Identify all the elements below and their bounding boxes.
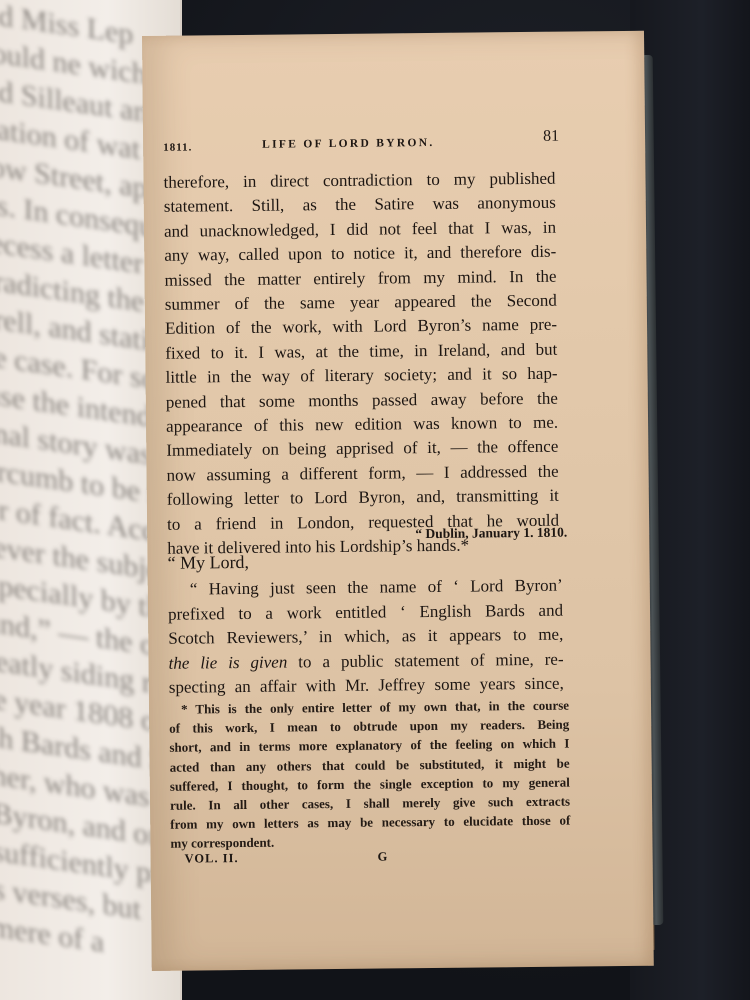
volume-label: VOL. II. <box>185 851 239 867</box>
running-head-year: 1811. <box>163 141 192 153</box>
letter-line-rest: to a public statement of mine, re- <box>298 649 563 671</box>
letter-line: “ Having just seen the name of ‘ Lord By… <box>168 574 563 603</box>
footnote-line: my correspondent. <box>170 830 570 853</box>
letter-salutation: “ My Lord, <box>167 552 249 574</box>
footnote: * This is the only entire letter of my o… <box>169 696 571 854</box>
body-line: little in the way of literary society; a… <box>165 362 557 391</box>
running-head: 1811. LIFE OF LORD BYRON. 81 <box>163 132 555 158</box>
body-line: following letter to Lord Byron, and, tra… <box>167 484 559 513</box>
page-number: 81 <box>543 128 559 146</box>
letter-dateline: “ Dublin, January 1. 1810. <box>415 525 567 543</box>
italic-phrase: the lie is given <box>168 652 287 672</box>
body-line: any way, called upon to notice it, and t… <box>164 240 556 269</box>
signature-letter: G <box>378 849 389 864</box>
book-page: 1811. LIFE OF LORD BYRON. 81 therefore, … <box>142 31 654 971</box>
running-head-title: LIFE OF LORD BYRON. <box>262 137 434 151</box>
letter-body: “ Having just seen the name of ‘ Lord By… <box>168 574 564 701</box>
body-paragraph: therefore, in direct contradiction to my… <box>163 167 559 562</box>
